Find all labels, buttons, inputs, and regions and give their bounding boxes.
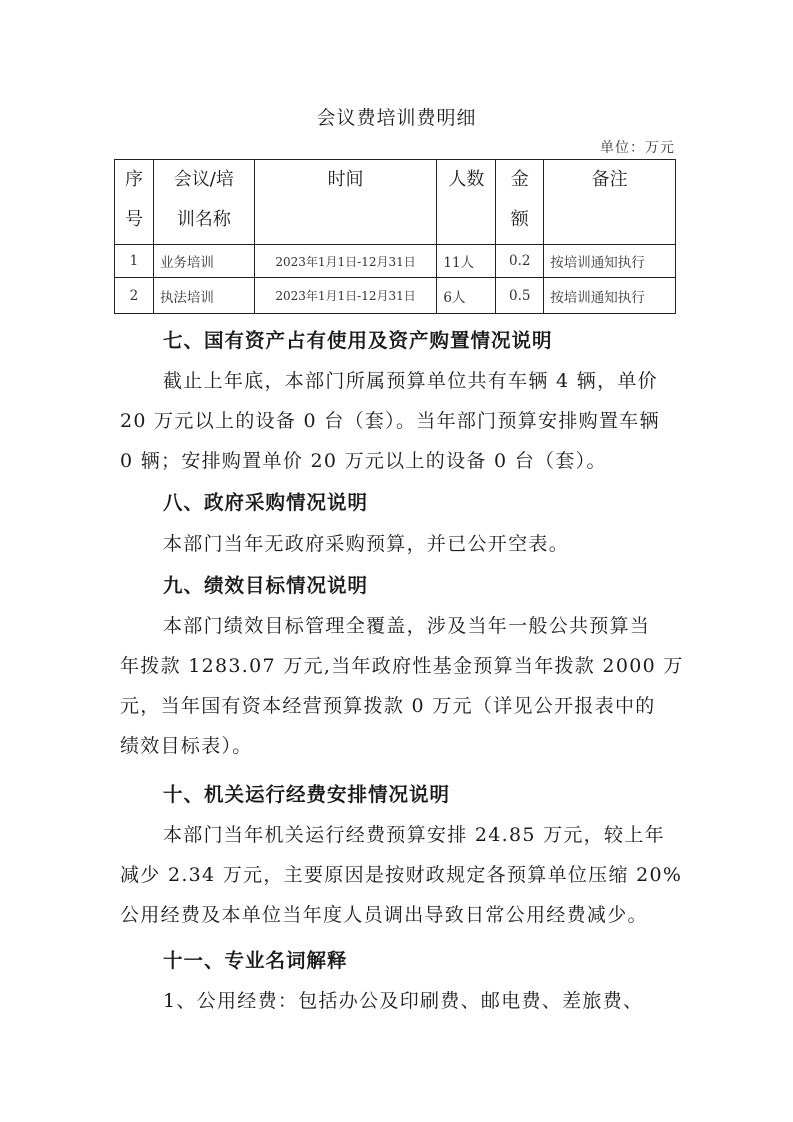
paragraph-line: 0 辆；安排购置单价 20 万元以上的设备 0 台（套）。 — [120, 446, 680, 473]
header-seq: 序号 — [115, 160, 154, 245]
header-people: 人数 — [437, 160, 496, 245]
paragraph-line: 公用经费及本单位当年度人员调出导致日常公用经费减少。 — [120, 900, 680, 927]
section-heading-glossary: 十一、专业名词解释 — [163, 945, 723, 973]
table-title: 会议费培训费明细 — [0, 103, 793, 130]
cell-note: 按培训通知执行 — [544, 245, 676, 278]
cell-amount: 0.2 — [496, 245, 544, 278]
table-row: 2 执法培训 2023年1月1日-12月31日 6人 0.5 按培训通知执行 — [115, 278, 676, 314]
unit-label: 单位：万元 — [600, 137, 675, 157]
cell-people: 6人 — [437, 278, 496, 314]
paragraph-line: 元，当年国有资本经营预算拨款 0 万元（详见公开报表中的 — [120, 691, 680, 718]
cell-seq: 1 — [115, 245, 154, 278]
paragraph-line: 本部门当年机关运行经费预算安排 24.85 万元，较上年 — [163, 820, 723, 847]
paragraph-line: 截止上年底，本部门所属预算单位共有车辆 4 辆，单价 — [163, 366, 723, 393]
cell-people: 11人 — [437, 245, 496, 278]
cell-amount: 0.5 — [496, 278, 544, 314]
cell-time: 2023年1月1日-12月31日 — [254, 278, 437, 314]
header-amount: 金额 — [496, 160, 544, 245]
paragraph-line: 绩效目标表）。 — [120, 731, 680, 758]
paragraph-line: 本部门当年无政府采购预算，并已公开空表。 — [163, 529, 723, 556]
paragraph-line: 本部门绩效目标管理全覆盖，涉及当年一般公共预算当 — [163, 611, 723, 638]
section-heading-performance: 九、绩效目标情况说明 — [163, 570, 723, 598]
cell-name: 业务培训 — [153, 245, 254, 278]
paragraph-line: 1、公用经费：包括办公及印刷费、邮电费、差旅费、 — [163, 986, 723, 1013]
cell-seq: 2 — [115, 278, 154, 314]
header-note: 备注 — [544, 160, 676, 245]
table-row: 1 业务培训 2023年1月1日-12月31日 11人 0.2 按培训通知执行 — [115, 245, 676, 278]
cell-note: 按培训通知执行 — [544, 278, 676, 314]
cell-time: 2023年1月1日-12月31日 — [254, 245, 437, 278]
section-heading-assets: 七、国有资产占有使用及资产购置情况说明 — [163, 325, 723, 353]
section-heading-procurement: 八、政府采购情况说明 — [163, 487, 723, 515]
section-heading-operating-costs: 十、机关运行经费安排情况说明 — [163, 779, 723, 807]
header-name: 会议/培训名称 — [153, 160, 254, 245]
table-header-row: 序号 会议/培训名称 时间 人数 金额 备注 — [115, 160, 676, 245]
paragraph-line: 20 万元以上的设备 0 台（套）。当年部门预算安排购置车辆 — [120, 406, 680, 433]
paragraph-line: 减少 2.34 万元，主要原因是按财政规定各预算单位压缩 20% — [120, 860, 680, 887]
meeting-training-fee-table: 序号 会议/培训名称 时间 人数 金额 备注 1 业务培训 2023年1月1日-… — [114, 159, 676, 314]
cell-name: 执法培训 — [153, 278, 254, 314]
paragraph-line: 年拨款 1283.07 万元,当年政府性基金预算当年拨款 2000 万 — [120, 651, 680, 678]
header-time: 时间 — [254, 160, 437, 245]
